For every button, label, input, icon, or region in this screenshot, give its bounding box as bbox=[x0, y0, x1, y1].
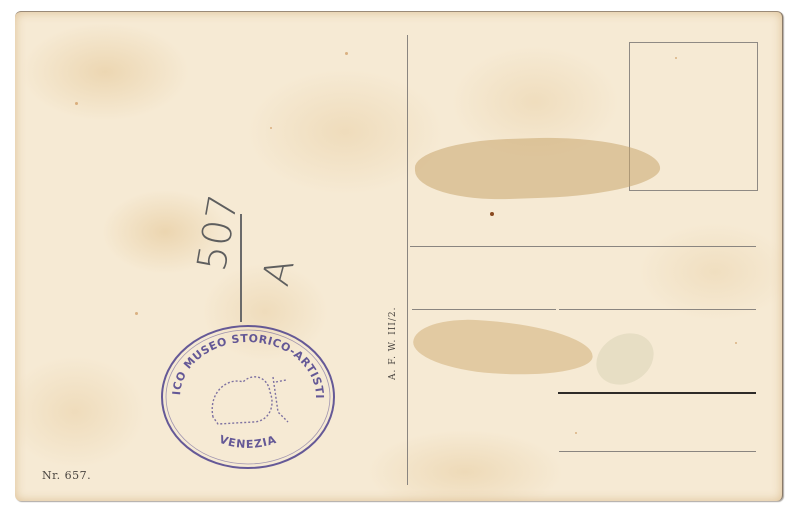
foxing-speck bbox=[735, 342, 737, 344]
address-line-2b bbox=[559, 309, 756, 310]
foxing-speck bbox=[345, 52, 348, 55]
publisher-mark: A. F. W. III/2. bbox=[388, 307, 398, 380]
foxing-speck bbox=[490, 212, 494, 216]
foxing-speck bbox=[75, 102, 78, 105]
foxing-speck bbox=[575, 432, 577, 434]
pencil-divider-stroke bbox=[240, 214, 242, 322]
print-number: Nr. 657. bbox=[42, 469, 91, 482]
address-line-1 bbox=[410, 246, 756, 247]
address-line-3 bbox=[558, 392, 756, 394]
foxing-speck bbox=[135, 312, 138, 315]
museum-stamp-graphic: CIVICO MUSEO STORICO-ARTISTICO VENEZIA bbox=[158, 322, 338, 472]
address-line-4 bbox=[559, 451, 756, 452]
museum-stamp: CIVICO MUSEO STORICO-ARTISTICO VENEZIA bbox=[158, 322, 338, 472]
foxing-speck bbox=[270, 127, 272, 129]
address-line-2a bbox=[412, 309, 556, 310]
svg-text:VENEZIA: VENEZIA bbox=[218, 433, 279, 451]
svg-text:CIVICO MUSEO STORICO-ARTISTICO: CIVICO MUSEO STORICO-ARTISTICO bbox=[158, 322, 326, 399]
center-divider bbox=[407, 35, 408, 485]
